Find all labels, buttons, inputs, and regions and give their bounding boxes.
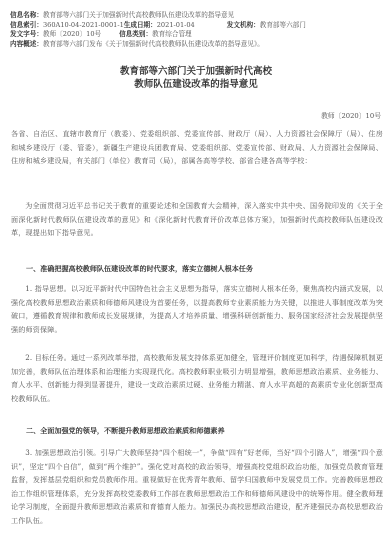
meta-docnum-value: 教师〔2020〕10号 <box>43 30 101 38</box>
document-metadata: 信息名称：教育部等六部门关于加强新时代高校教师队伍建设改革的指导意见 信息索引：… <box>10 11 390 49</box>
intro-paragraph: 为全面贯彻习近平总书记关于教育的重要论述和全国教育大会精神，深入落实中共中央、国… <box>11 199 383 240</box>
document-number: 教师〔2020〕10号 <box>321 110 381 120</box>
addressees: 各省、自治区、直辖市教育厅（教委）、党委组织部、党委宣传部、财政厅（局）、人力资… <box>11 127 383 168</box>
meta-row-index: 信息索引：360A10-04-2021-0001-1生成日期：2021-01-0… <box>10 21 390 31</box>
meta-row-summary: 内容概述：教育部等六部门发布《关于加强新时代高校教师队伍建设改革的指导意见》。 <box>10 40 390 50</box>
meta-name-label: 信息名称： <box>10 11 43 19</box>
title-line-2: 教师队伍建设改革的指导意见 <box>0 78 392 91</box>
meta-name-value: 教育部等六部门关于加强新时代高校教师队伍建设改革的指导意见 <box>43 11 234 19</box>
meta-category-value: 教育综合管理 <box>152 30 192 38</box>
meta-row-name: 信息名称：教育部等六部门关于加强新时代高校教师队伍建设改革的指导意见 <box>10 11 390 21</box>
meta-index-label: 信息索引： <box>10 21 43 29</box>
section-1-heading: 一、准确把握高校教师队伍建设改革的时代要求，落实立德树人根本任务 <box>26 264 253 274</box>
meta-summary-label: 内容概述： <box>10 40 43 48</box>
meta-category-label: 信息类别： <box>119 30 152 38</box>
meta-issuer-value: 教育部等六部门 <box>260 21 306 29</box>
paragraph-2: 2. 目标任务。通过一系列改革举措，高校教师发展支持体系更加健全，管理评价制度更… <box>11 351 383 405</box>
section-2-heading: 二、全面加强党的领导，不断提升教师思想政治素质和师德素养 <box>26 426 225 436</box>
title-line-1: 教育部等六部门关于加强新时代高校 <box>0 65 392 78</box>
meta-date-value: 2021-01-04 <box>157 21 195 29</box>
meta-summary-value: 教育部等六部门发布《关于加强新时代高校教师队伍建设改革的指导意见》。 <box>43 40 264 48</box>
meta-docnum-label: 发文字号： <box>10 30 43 38</box>
meta-index-value: 360A10-04-2021-0001-1 <box>43 21 124 29</box>
paragraph-3: 3. 加强思想政治引领。引导广大教师坚持“四个相统一”，争做“四有”好老师，当好… <box>11 446 383 528</box>
meta-date-label: 生成日期： <box>124 21 157 29</box>
document-title: 教育部等六部门关于加强新时代高校 教师队伍建设改革的指导意见 <box>0 65 392 91</box>
paragraph-1: 1. 指导思想。以习近平新时代中国特色社会主义思想为指导，落实立德树人根本任务，… <box>11 282 383 336</box>
meta-row-docnum: 发文字号：教师〔2020〕10号信息类别：教育综合管理 <box>10 30 390 40</box>
meta-issuer-label: 发文机构： <box>227 21 260 29</box>
